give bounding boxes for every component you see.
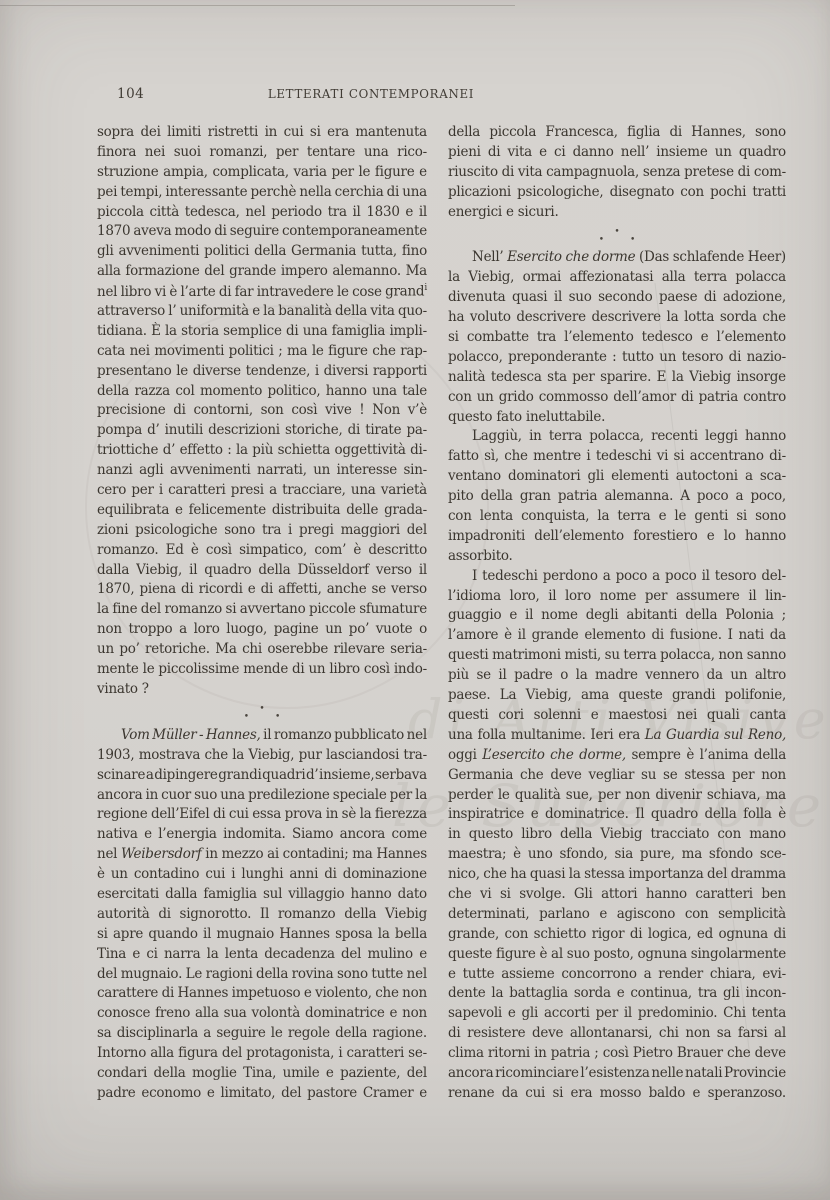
text-line: nalitàtedescastapersparire.ElaViebiginso… bbox=[448, 369, 786, 389]
text-line: impadronitidell’elementoforestieroelohan… bbox=[448, 528, 786, 548]
text-line: ancoraincuorsuounapredilezionespecialepe… bbox=[97, 787, 427, 807]
text-line: sicombattetral’elementotedescoel’element… bbox=[448, 329, 786, 349]
text-line: piùseilpadreolamadrevennerodaunaltro bbox=[448, 667, 786, 687]
text-line: sopradeilimitiristrettiincuisieramantenu… bbox=[97, 124, 427, 144]
book-page: di Arti Visive le Superiore 104 LETTERAT… bbox=[0, 0, 830, 1200]
text-line: divenutaquasiilsuosecondopaesediadozione… bbox=[448, 289, 786, 309]
text-line: diresisteredeveallontanarsi,chinonsafars… bbox=[448, 1025, 786, 1045]
text-line: inquestolibrodellaViebigtracciatoconmano bbox=[448, 826, 786, 846]
text-line: gliavvenimentipoliticidellaGermaniatutta… bbox=[97, 243, 427, 263]
asterism-dot: • bbox=[599, 238, 604, 243]
text-line: peitempi,interessanteperchènellacerchiad… bbox=[97, 184, 427, 204]
text-line: equilibrataefelicementedistribuitadelleg… bbox=[97, 502, 427, 522]
text-line: assorbito. bbox=[448, 548, 786, 568]
text-column-right: dellapiccolaFrancesca,figliadiHannes,son… bbox=[448, 124, 786, 1105]
text-line: oggiL’esercitochedorme,sempreèl’animadel… bbox=[448, 747, 786, 767]
text-line: struzioneampia,complicata,variaperlefigu… bbox=[97, 164, 427, 184]
text-line: 1903,mostravachelaViebig,purlasciandosit… bbox=[97, 747, 427, 767]
text-line: inspiratriceedominatrice.Ilquadrodellafo… bbox=[448, 806, 786, 826]
text-line: grande,conschiettorigordilogica,edognuna… bbox=[448, 926, 786, 946]
text-line: attraversol’uniformitàelabanalitàdellavi… bbox=[97, 303, 427, 323]
running-title: LETTERATI CONTEMPORANEI bbox=[268, 87, 474, 101]
text-line: conungridocommossodell’amordipatriacontr… bbox=[448, 389, 786, 409]
text-line: Intornoallafiguradelprotagonista,icaratt… bbox=[97, 1045, 427, 1065]
text-line: unpo’retoriche.Machioserebberilevareseri… bbox=[97, 641, 427, 661]
text-line: nico,chehaquasilastessaimportanzadeldram… bbox=[448, 866, 786, 886]
text-line: paese.LaViebig,amaquestegrandipolifonie, bbox=[448, 687, 786, 707]
text-line: siaprequandoilmugnaioHannessposalabella bbox=[97, 926, 427, 946]
text-line: delmugnaio.Leragionidellarovinasonotutte… bbox=[97, 966, 427, 986]
text-line: polacco,preponderante:tuttountesorodinaz… bbox=[448, 349, 786, 369]
asterism-dot: • bbox=[630, 238, 635, 243]
text-line: guaggioeilnomedegliabitantidellaPolonia; bbox=[448, 607, 786, 627]
text-line: èuncontadinocuiilunghiannididominazione bbox=[97, 866, 427, 886]
text-line: l’amoreèilgrandeelementodifusione.Inatid… bbox=[448, 627, 786, 647]
asterism-separator: ••• bbox=[97, 701, 427, 727]
text-line: dallaViebig,ilquadrodellaDüsseldorfverso… bbox=[97, 562, 427, 582]
text-line: Itedeschiperdonoapocoapocoiltesorodel- bbox=[448, 568, 786, 588]
text-line: determinati,parlanoeagisconoconsemplicit… bbox=[448, 906, 786, 926]
text-line: etutteassiemeconcorronoarenderchiara,evi… bbox=[448, 966, 786, 986]
text-line: energiciesicuri. bbox=[448, 204, 786, 224]
scan-edge-line bbox=[0, 5, 515, 6]
text-line: ventanodominatoriglielementiautoctoniasc… bbox=[448, 468, 786, 488]
text-line: lafinedelromanzosiavvertanopiccolesfumat… bbox=[97, 601, 427, 621]
asterism-dot: • bbox=[614, 230, 619, 235]
text-line: ancoraricominciarel’esistenzanellenatali… bbox=[448, 1065, 786, 1085]
asterism-dot: • bbox=[244, 715, 249, 720]
text-line: Tinaecinarralalentadecadenzadelmulinoe bbox=[97, 946, 427, 966]
asterism-dot: • bbox=[275, 715, 280, 720]
text-line: questofatoineluttabile. bbox=[448, 409, 786, 429]
text-line: plicazionipsicologiche,disegnatoconpochi… bbox=[448, 184, 786, 204]
text-line: romanzo.Edècosìsimpatico,com’èdescritto bbox=[97, 542, 427, 562]
text-line: 1870avevamododiseguirecontemporaneamente bbox=[97, 223, 427, 243]
text-line: padreeconomoelimitato,delpastoreCramere bbox=[97, 1085, 427, 1105]
text-line: autoritàdisignorotto.IlromanzodellaViebi… bbox=[97, 906, 427, 926]
text-line: vinato? bbox=[97, 681, 427, 701]
text-line: l’idiomaloro,illoronomeperassumereillin- bbox=[448, 588, 786, 608]
text-line: tidiana.Èlastoriasemplicediunafamigliaim… bbox=[97, 323, 427, 343]
text-line: conlentaconquista,laterraelegentisisono bbox=[448, 508, 786, 528]
text-line: questicorisolenniemaestosineiqualicanta bbox=[448, 707, 786, 727]
text-line: presentanolediversetendenze,idiversirapp… bbox=[97, 363, 427, 383]
text-line: questimatrimonimisti,suterrapolacca,nons… bbox=[448, 647, 786, 667]
page-number: 104 bbox=[117, 86, 144, 102]
text-line: laViebig,ormaiaffezionatasiallaterrapola… bbox=[448, 269, 786, 289]
text-line: scinareadipingeregrandiquadrid’insieme,s… bbox=[97, 767, 427, 787]
text-line: finoraneisuoiromanzi,pertentareunarico- bbox=[97, 144, 427, 164]
text-line: sapevoliegliaccortiperilpredominio.Chite… bbox=[448, 1005, 786, 1025]
text-line: pienidivitaecidannonell’insiemeunquadro bbox=[448, 144, 786, 164]
text-line: dellapiccolaFrancesca,figliadiHannes,son… bbox=[448, 124, 786, 144]
text-line: precisionedicontorni,soncosìvive!Nonv’è bbox=[97, 402, 427, 422]
text-line: 1870,pienadiricordiediaffetti,anchesever… bbox=[97, 581, 427, 601]
text-line: regionedell’Eifeldicuiessaprovainsèlafie… bbox=[97, 806, 427, 826]
text-line: renanedacuisieramossobaldoesperanzoso. bbox=[448, 1085, 786, 1105]
text-line: allaformazionedelgrandeimperoalemanno.Ma bbox=[97, 263, 427, 283]
text-line: pitodellagranpatriaalemanna.Apocoapoco, bbox=[448, 488, 786, 508]
text-line: Nell’Esercitochedorme(DasschlafendeHeer) bbox=[448, 249, 786, 269]
text-line: piccolacittàtedesca,nelperiodotrail1830e… bbox=[97, 204, 427, 224]
text-line: questefigureèalsuoposto,ognunasingolarme… bbox=[448, 946, 786, 966]
text-line: VomMüller-Hannes,ilromanzopubblicatonel bbox=[97, 727, 427, 747]
text-column-left: sopradeilimitiristrettiincuisieramantenu… bbox=[97, 124, 427, 1105]
text-line: unafollamultanime.IerieraLaGuardiasulRen… bbox=[448, 727, 786, 747]
text-line: nontroppoaloroluogo,pagineunpo’vuoteo bbox=[97, 621, 427, 641]
text-line: condaridellamoglieTina,umileepaziente,de… bbox=[97, 1065, 427, 1085]
asterism-dot: • bbox=[259, 707, 264, 712]
text-line: Laggiù,interrapolacca,recentileggihanno bbox=[448, 428, 786, 448]
text-line: triottiched’effetto:lapiùschiettaoggetti… bbox=[97, 442, 427, 462]
text-line: esercitatidallafamigliasulvillaggiohanno… bbox=[97, 886, 427, 906]
text-line: ceropericaratteripresiatracciare,unavari… bbox=[97, 482, 427, 502]
text-line: zionipsicologichesonotraipregimaggioride… bbox=[97, 522, 427, 542]
asterism-separator: ••• bbox=[448, 223, 786, 249]
text-line: caratterediHannesimpetuosoeviolento,chen… bbox=[97, 985, 427, 1005]
text-line: nelWeibersdorfinmezzoaicontadini;maHanne… bbox=[97, 846, 427, 866]
text-line: havolutodescriveredescriverelalottasorda… bbox=[448, 309, 786, 329]
text-line: chevisisvolge.Gliattorihannocaratteriben bbox=[448, 886, 786, 906]
text-line: pompad’inutilidescrizionistoriche,ditira… bbox=[97, 422, 427, 442]
text-line: perderlequalitàsue,pernondivenirschiava,… bbox=[448, 787, 786, 807]
text-line: mentelepiccolissimemendediunlibrocosìind… bbox=[97, 661, 427, 681]
text-line: nativael’energiaindomita.Siamoancoracome bbox=[97, 826, 427, 846]
text-line: nellibrovièl’artedifarintravederelecoseg… bbox=[97, 283, 427, 303]
text-line: riuscitodivitacampagnuola,senzapretesedi… bbox=[448, 164, 786, 184]
text-line: cataneimovimentipolitici;malefigurechera… bbox=[97, 343, 427, 363]
text-line: dellarazzacolmomentopolitico,hannounatal… bbox=[97, 383, 427, 403]
text-line: sadisciplinarlaaseguireleregoledellaragi… bbox=[97, 1025, 427, 1045]
text-line: Germaniachedevevegliarsusestessapernon bbox=[448, 767, 786, 787]
text-line: dentelabattagliasordaecontinua,tragliinc… bbox=[448, 985, 786, 1005]
text-line: conoscefrenoallasuavolontàdominatriceeno… bbox=[97, 1005, 427, 1025]
text-line: fattosì,chementreitedeschivisiaccentrano… bbox=[448, 448, 786, 468]
text-line: climaritorniinpatria;cosìPietroBrauerche… bbox=[448, 1045, 786, 1065]
text-line: nanziagliavvenimentinarrati,uninteresses… bbox=[97, 462, 427, 482]
text-line: maestra;èunosfondo,siapure,masfondosce- bbox=[448, 846, 786, 866]
